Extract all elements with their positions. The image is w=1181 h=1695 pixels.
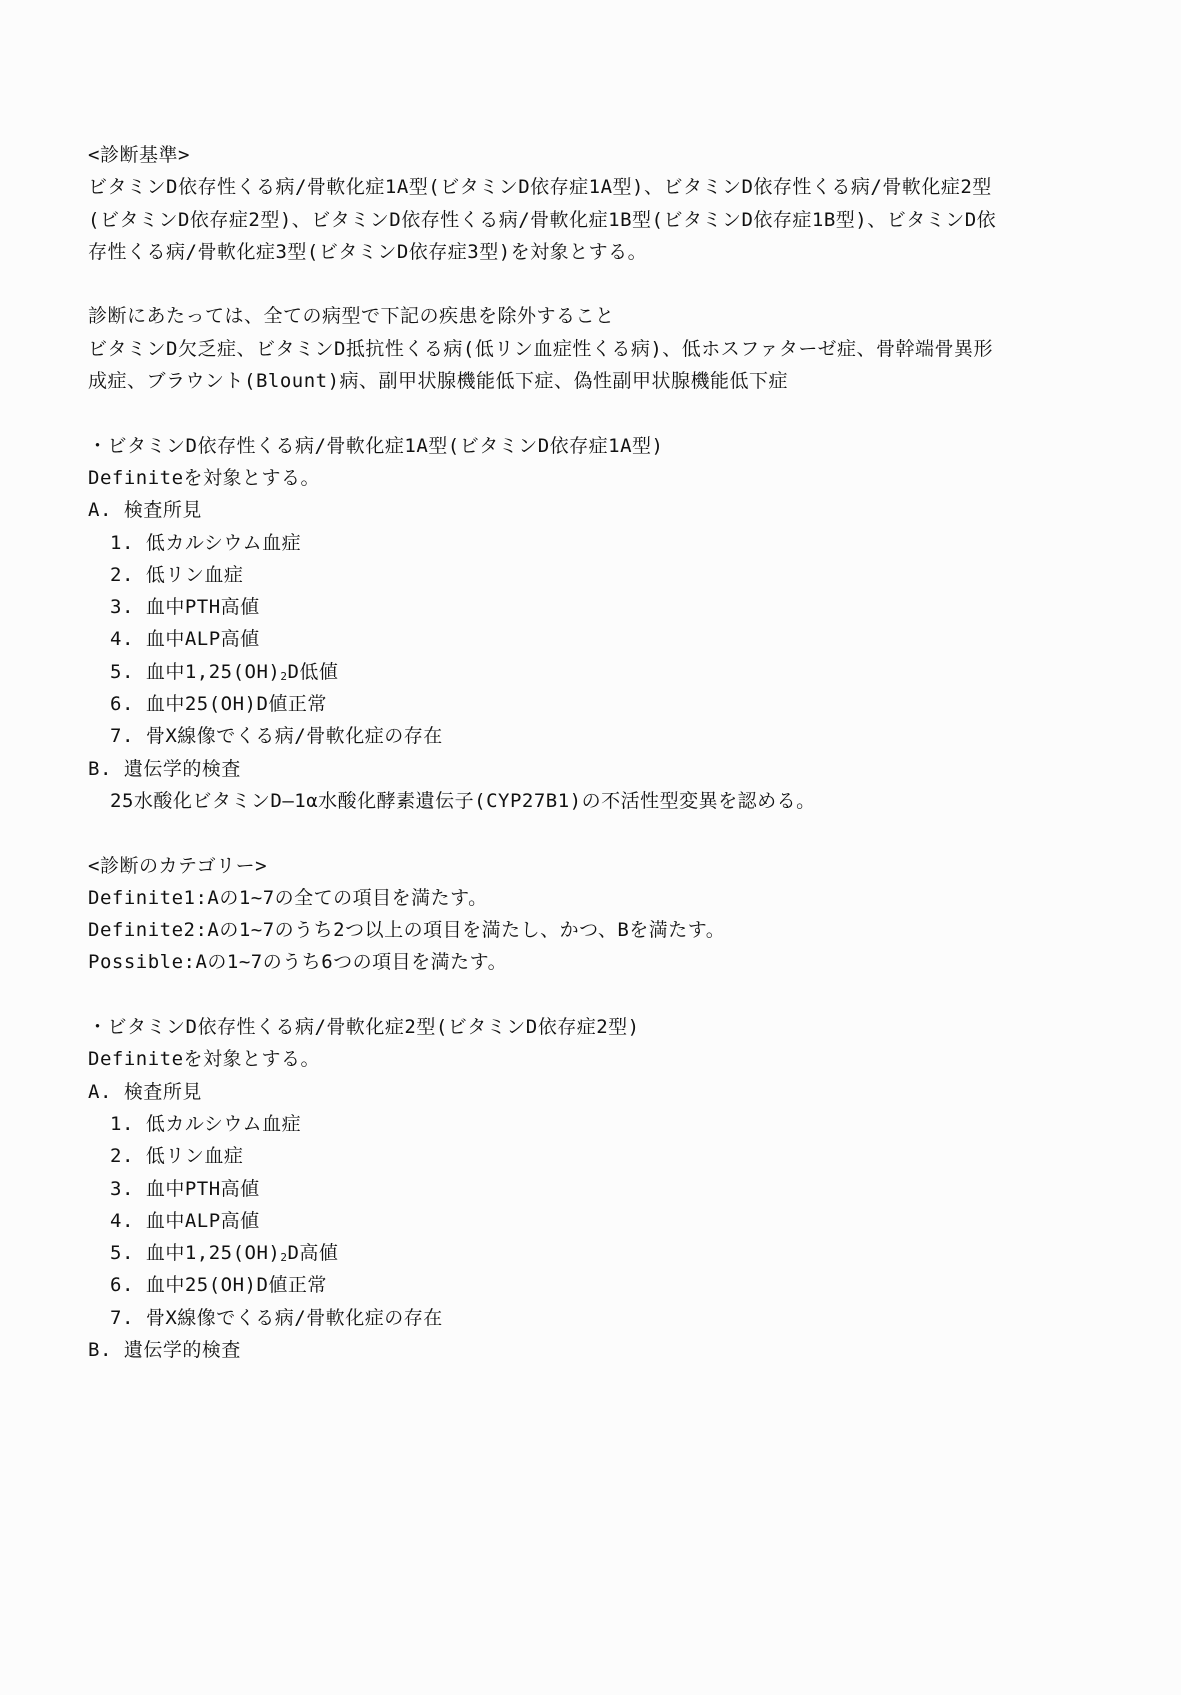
intro-line: (ビタミンD依存症2型)、ビタミンD依存性くる病/骨軟化症1B型(ビタミンD依存… <box>88 204 1098 236</box>
item-number: 6. <box>110 693 134 715</box>
type1a-section-a: A. 検査所見 <box>88 494 1098 526</box>
item-number: 1. <box>110 532 134 554</box>
categories-heading: <診断のカテゴリー> <box>88 850 1098 882</box>
list-item: 2. 低リン血症 <box>88 1140 1098 1172</box>
item-number: 6. <box>110 1274 134 1296</box>
item-text: 血中ALP高値 <box>146 1210 260 1232</box>
item-text: 低カルシウム血症 <box>146 532 301 554</box>
intro-line: ビタミンD依存性くる病/骨軟化症1A型(ビタミンD依存症1A型)、ビタミンD依存… <box>88 171 1098 203</box>
spacer <box>88 397 1098 429</box>
item-text: 低カルシウム血症 <box>146 1113 301 1135</box>
item-text: 血中25(OH)D値正常 <box>146 693 327 715</box>
item-number: 5. <box>110 1242 134 1264</box>
item-text-pre: 血中1,25(OH) <box>146 1242 281 1264</box>
list-item: 1. 低カルシウム血症 <box>88 1108 1098 1140</box>
document-page: <診断基準> ビタミンD依存性くる病/骨軟化症1A型(ビタミンD依存症1A型)、… <box>88 139 1098 1366</box>
item-text: 骨X線像でくる病/骨軟化症の存在 <box>146 1307 443 1329</box>
list-item: 3. 血中PTH高値 <box>88 591 1098 623</box>
list-item: 6. 血中25(OH)D値正常 <box>88 1269 1098 1301</box>
list-item: 4. 血中ALP高値 <box>88 623 1098 655</box>
list-item: 5. 血中1,25(OH)2D低値 <box>88 656 1098 688</box>
type1a-target: Definiteを対象とする。 <box>88 462 1098 494</box>
item-text: 骨X線像でくる病/骨軟化症の存在 <box>146 725 443 747</box>
list-item: 5. 血中1,25(OH)2D高値 <box>88 1237 1098 1269</box>
item-text: 血中PTH高値 <box>146 596 260 618</box>
item-text: 血中PTH高値 <box>146 1178 260 1200</box>
item-number: 2. <box>110 1145 134 1167</box>
spacer <box>88 817 1098 849</box>
category-definite1: Definite1:Aの1~7の全ての項目を満たす。 <box>88 882 1098 914</box>
item-text: 低リン血症 <box>146 1145 244 1167</box>
spacer <box>88 979 1098 1011</box>
item-number: 7. <box>110 1307 134 1329</box>
list-item: 1. 低カルシウム血症 <box>88 527 1098 559</box>
item-number: 4. <box>110 1210 134 1232</box>
item-number: 7. <box>110 725 134 747</box>
type2-title: ・ビタミンD依存性くる病/骨軟化症2型(ビタミンD依存症2型) <box>88 1011 1098 1043</box>
item-number: 5. <box>110 661 134 683</box>
category-possible: Possible:Aの1~7のうち6つの項目を満たす。 <box>88 946 1098 978</box>
type2-target: Definiteを対象とする。 <box>88 1043 1098 1075</box>
list-item: 7. 骨X線像でくる病/骨軟化症の存在 <box>88 1302 1098 1334</box>
list-item: 2. 低リン血症 <box>88 559 1098 591</box>
category-definite2: Definite2:Aの1~7のうち2つ以上の項目を満たし、かつ、Bを満たす。 <box>88 914 1098 946</box>
item-number: 2. <box>110 564 134 586</box>
exclusion-lead: 診断にあたっては、全ての病型で下記の疾患を除外すること <box>88 300 1098 332</box>
item-number: 1. <box>110 1113 134 1135</box>
type1a-title: ・ビタミンD依存性くる病/骨軟化症1A型(ビタミンD依存症1A型) <box>88 430 1098 462</box>
list-item: 3. 血中PTH高値 <box>88 1173 1098 1205</box>
intro-line: 存性くる病/骨軟化症3型(ビタミンD依存症3型)を対象とする。 <box>88 236 1098 268</box>
exclusion-line: ビタミンD欠乏症、ビタミンD抵抗性くる病(低リン血症性くる病)、低ホスファターゼ… <box>88 333 1098 365</box>
list-item: 7. 骨X線像でくる病/骨軟化症の存在 <box>88 720 1098 752</box>
item-number: 3. <box>110 596 134 618</box>
type1a-section-b: B. 遺伝学的検査 <box>88 753 1098 785</box>
type2-section-b: B. 遺伝学的検査 <box>88 1334 1098 1366</box>
item-text-post: D高値 <box>287 1242 338 1264</box>
item-text-post: D低値 <box>287 661 338 683</box>
item-text: 血中ALP高値 <box>146 628 260 650</box>
item-text: 血中25(OH)D値正常 <box>146 1274 327 1296</box>
type1a-gene: 25水酸化ビタミンD—1α水酸化酵素遺伝子(CYP27B1)の不活性型変異を認め… <box>88 785 1098 817</box>
item-number: 3. <box>110 1178 134 1200</box>
item-text: 低リン血症 <box>146 564 244 586</box>
exclusion-line: 成症、ブラウント(Blount)病、副甲状腺機能低下症、偽性副甲状腺機能低下症 <box>88 365 1098 397</box>
spacer <box>88 268 1098 300</box>
list-item: 6. 血中25(OH)D値正常 <box>88 688 1098 720</box>
type2-section-a: A. 検査所見 <box>88 1076 1098 1108</box>
item-text-pre: 血中1,25(OH) <box>146 661 281 683</box>
criteria-heading: <診断基準> <box>88 139 1098 171</box>
list-item: 4. 血中ALP高値 <box>88 1205 1098 1237</box>
item-number: 4. <box>110 628 134 650</box>
